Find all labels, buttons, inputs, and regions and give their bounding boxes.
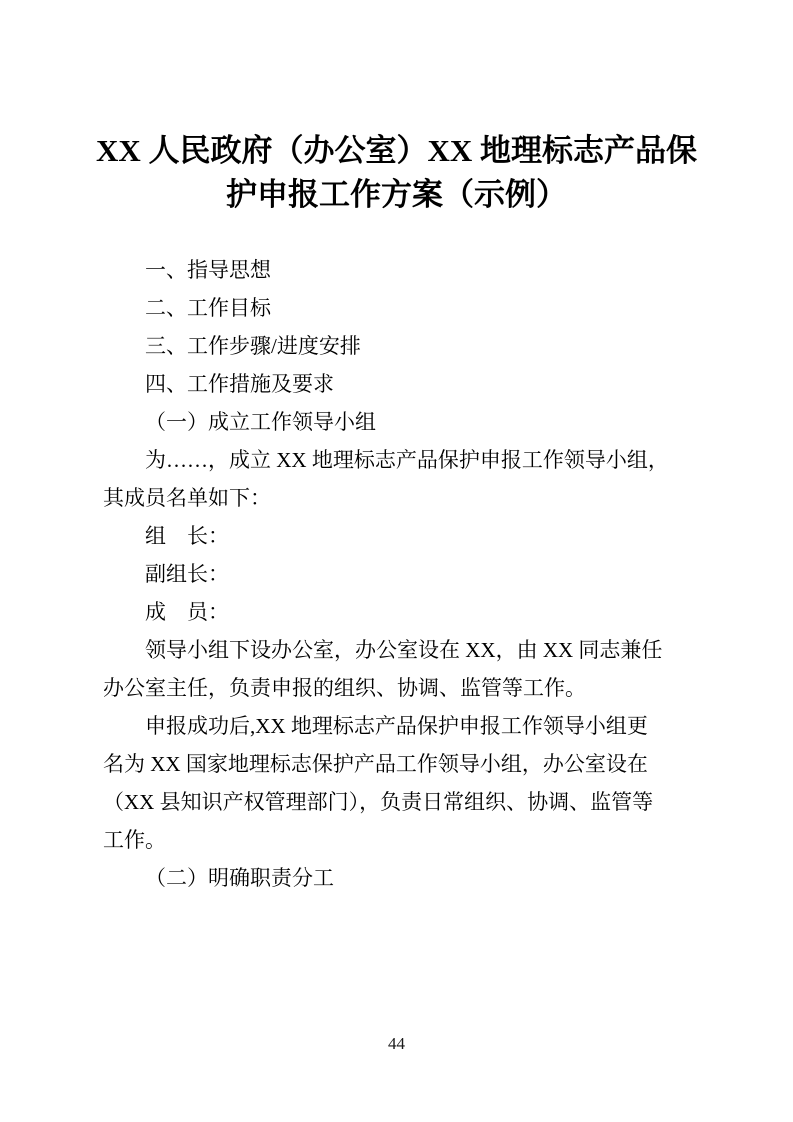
- paragraph: 一、指导思想: [103, 251, 719, 289]
- document-body: 一、指导思想二、工作目标三、工作步骤/进度安排四、工作措施及要求（一）成立工作领…: [103, 251, 719, 897]
- page-number: 44: [0, 1033, 793, 1055]
- document-page: XX 人民政府（办公室）XX 地理标志产品保 护申报工作方案（示例） 一、指导思…: [0, 0, 793, 1122]
- paragraph: 成 员：: [103, 593, 719, 631]
- paragraph: 为……，成立 XX 地理标志产品保护申报工作领导小组， 其成员名单如下：: [103, 441, 719, 517]
- paragraph: （二）明确职责分工: [103, 859, 719, 897]
- paragraph: 三、工作步骤/进度安排: [103, 327, 719, 365]
- paragraph: 领导小组下设办公室，办公室设在 XX，由 XX 同志兼任 办公室主任，负责申报的…: [103, 631, 719, 707]
- paragraph: 组 长：: [103, 517, 719, 555]
- paragraph: （一）成立工作领导小组: [103, 403, 719, 441]
- paragraph: 副组长：: [103, 555, 719, 593]
- paragraph: 二、工作目标: [103, 289, 719, 327]
- document-title: XX 人民政府（办公室）XX 地理标志产品保 护申报工作方案（示例）: [88, 129, 705, 217]
- paragraph: 申报成功后,XX 地理标志产品保护申报工作领导小组更 名为 XX 国家地理标志保…: [103, 707, 719, 859]
- paragraph: 四、工作措施及要求: [103, 365, 719, 403]
